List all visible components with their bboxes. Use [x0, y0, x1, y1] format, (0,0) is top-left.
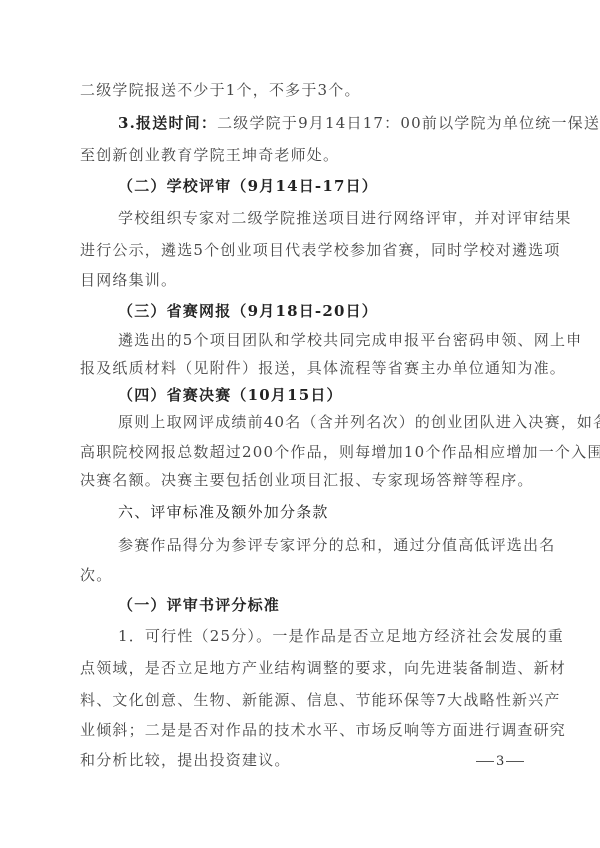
paragraph-line: 遴选出的5个项目团队和学校共同完成申报平台密码申领、网上申	[118, 330, 582, 350]
paragraph-line: 二级学院报送不少于1个，不多于3个。	[80, 80, 361, 100]
paragraph-line: 学校组织专家对二级学院推送项目进行网络评审，并对评审结果	[118, 208, 572, 228]
paragraph-line: 至创新创业教育学院王坤奇老师处。	[80, 145, 339, 165]
paragraph-line: 参赛作品得分为参评专家评分的总和，通过分值高低评选出名	[118, 535, 555, 555]
page-number: 3	[476, 754, 524, 769]
paragraph-line: 料、文化创意、生物、新能源、信息、节能环保等7大战略性新兴产	[80, 690, 561, 710]
page-number-dash-right	[506, 761, 524, 762]
paragraph-line: 高职院校网报总数超过200个作品，则每增加10个作品相应增加一个入围	[80, 442, 600, 462]
page-number-value: 3	[496, 754, 504, 769]
section-heading-provincial-online: （三）省赛网报（9月18日-20日）	[118, 301, 378, 321]
page-number-dash-left	[476, 761, 494, 762]
submission-time-text: 二级学院于9月14日17：00前以学院为单位统一保送	[217, 114, 600, 132]
section-heading-criteria: 六、评审标准及额外加分条款	[118, 502, 329, 522]
paragraph-line: 原则上取网评成绩前40名（含并列名次）的创业团队进入决赛，如各	[118, 412, 600, 432]
submission-time-label: 3.报送时间：	[118, 114, 217, 132]
submission-time-line: 3.报送时间：二级学院于9月14日17：00前以学院为单位统一保送	[118, 113, 600, 133]
paragraph-line: 点领域，是否立足地方产业结构调整的要求，向先进装备制造、新材	[80, 658, 566, 678]
paragraph-line: 业倾斜；二是是否对作品的技术水平、市场反响等方面进行调查研究	[80, 720, 566, 740]
paragraph-line: 决赛名额。决赛主要包括创业项目汇报、专家现场答辩等程序。	[80, 470, 534, 490]
paragraph-line: 次。	[80, 565, 112, 585]
paragraph-line: 进行公示，遴选5个创业项目代表学校参加省赛，同时学校对遴选项	[80, 240, 561, 260]
section-heading-school-review: （二）学校评审（9月14日-17日）	[118, 176, 378, 196]
section-heading-provincial-final: （四）省赛决赛（10月15日）	[118, 385, 343, 405]
paragraph-line: 和分析比较，提出投资建议。	[80, 750, 291, 770]
paragraph-line: 1．可行性（25分）。一是作品是否立足地方经济社会发展的重	[118, 626, 564, 646]
section-heading-scoring-standard: （一）评审书评分标准	[118, 595, 280, 615]
paragraph-line: 报及纸质材料（见附件）报送，具体流程等省赛主办单位通知为准。	[80, 358, 566, 378]
paragraph-line: 目网络集训。	[80, 270, 177, 290]
